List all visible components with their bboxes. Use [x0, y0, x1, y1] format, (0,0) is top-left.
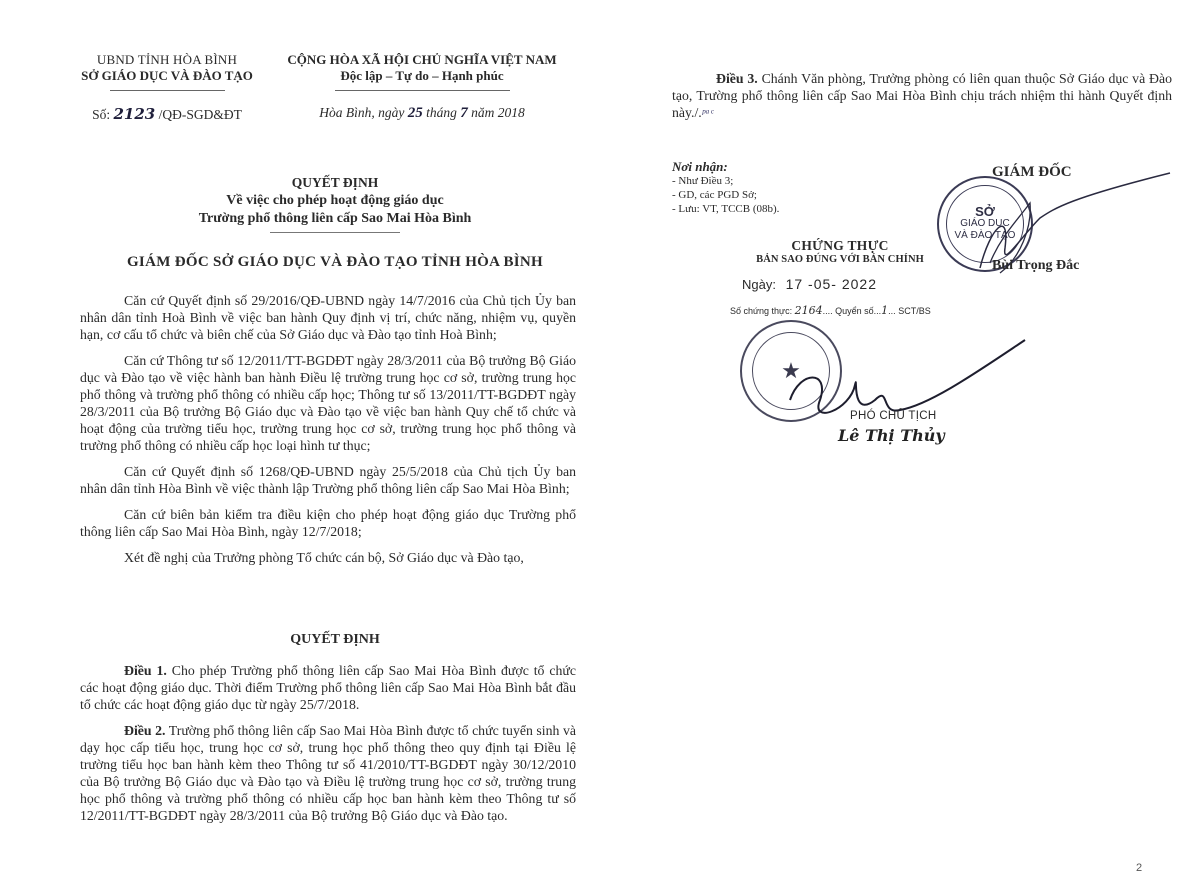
divider [270, 232, 400, 233]
motto: Độc lập – Tự do – Hạnh phúc [272, 68, 572, 84]
articles: Điều 1. Cho phép Trường phổ thông liên c… [80, 662, 576, 833]
date-label: Ngày: [742, 277, 776, 292]
month-label: tháng [426, 105, 457, 120]
page-2: Điều 3. Chánh Văn phòng, Trưởng phòng có… [600, 0, 1200, 886]
article-3: Điều 3. Chánh Văn phòng, Trưởng phòng có… [672, 70, 1172, 122]
number-label: Số: [92, 107, 110, 122]
book-label: Quyển số [835, 306, 874, 316]
authority-name: SỞ GIÁO DỤC VÀ ĐÀO TẠO [72, 68, 262, 84]
number-suffix: /QĐ-SGD&ĐT [159, 107, 242, 122]
authority-heading: GIÁM ĐỐC SỞ GIÁO DỤC VÀ ĐÀO TẠO TỈNH HÒA… [100, 254, 570, 271]
date-year: năm 2018 [471, 105, 525, 120]
authority-parent: UBND TỈNH HÒA BÌNH [72, 52, 262, 68]
title-subject-2: Trường phổ thông liên cấp Sao Mai Hòa Bì… [100, 210, 570, 228]
article-label: Điều 1. [124, 663, 167, 678]
document-number: Số: 2123 /QĐ-SGD&ĐT [72, 105, 262, 123]
title-subject-1: Về việc cho phép hoạt động giáo dục [100, 192, 570, 210]
preamble-item: Căn cứ biên bản kiểm tra điều kiện cho p… [80, 506, 576, 540]
issuing-authority: UBND TỈNH HÒA BÌNH SỞ GIÁO DỤC VÀ ĐÀO TẠ… [72, 52, 262, 123]
preamble-item: Căn cứ Quyết định số 1268/QĐ-UBND ngày 2… [80, 463, 576, 497]
page-1: UBND TỈNH HÒA BÌNH SỞ GIÁO DỤC VÀ ĐÀO TẠ… [0, 0, 600, 886]
certifier-name: Lê Thị Thủy [838, 426, 945, 445]
recipient-item: - Lưu: VT, TCCB (08b). [672, 202, 779, 216]
recipient-item: - GD, các PGD Sở; [672, 188, 779, 202]
recipients: Nơi nhận: - Như Điều 3; - GD, các PGD Sở… [672, 160, 779, 216]
article-text: Trường phổ thông liên cấp Sao Mai Hòa Bì… [80, 723, 576, 823]
article-1: Điều 1. Cho phép Trường phổ thông liên c… [80, 662, 576, 713]
recipients-heading: Nơi nhận: [672, 160, 779, 174]
certification-subtitle: BẢN SAO ĐÚNG VỚI BẢN CHÍNH [750, 254, 930, 265]
date-day: 25 [408, 105, 423, 121]
certification-number: Số chứng thực: 2164.... Quyển số...1... … [730, 304, 931, 317]
number-value: 2164 [795, 304, 823, 317]
article-label: Điều 3. [716, 71, 758, 86]
divider [110, 90, 225, 91]
divider [335, 90, 510, 91]
date-month: 7 [460, 105, 468, 121]
document-title: QUYẾT ĐỊNH Về việc cho phép hoạt động gi… [100, 174, 570, 233]
signer-name: Bùi Trọng Đắc [992, 258, 1079, 274]
certification-date: Ngày: 17 -05- 2022 [742, 276, 877, 292]
title-heading: QUYẾT ĐỊNH [100, 174, 570, 192]
book-value: 1 [881, 304, 888, 317]
certifier-title: PHÓ CHỦ TỊCH [850, 410, 936, 422]
preamble-item: Căn cứ Thông tư số 12/2011/TT-BGDĐT ngày… [80, 352, 576, 454]
recipient-item: - Như Điều 3; [672, 174, 779, 188]
preamble: Căn cứ Quyết định số 29/2016/QĐ-UBND ngà… [80, 292, 576, 575]
certification-title: CHỨNG THỰC [750, 238, 930, 254]
number-handwritten: 2123 [114, 105, 156, 123]
page-number: 2 [1136, 862, 1142, 874]
country-name: CỘNG HÒA XÃ HỘI CHỦ NGHĨA VIỆT NAM [272, 52, 572, 68]
preamble-item: Xét đề nghị của Trưởng phòng Tổ chức cán… [80, 549, 576, 566]
date-prefix: Hòa Bình, ngày [319, 105, 404, 120]
date-value: 17 -05- 2022 [786, 276, 877, 292]
cert-suffix: SCT/BS [898, 306, 931, 316]
national-motto: CỘNG HÒA XÃ HỘI CHỦ NGHĨA VIỆT NAM Độc l… [272, 52, 572, 122]
certification-block: CHỨNG THỰC BẢN SAO ĐÚNG VỚI BẢN CHÍNH [750, 238, 930, 265]
decision-heading: QUYẾT ĐỊNH [100, 632, 570, 648]
article-label: Điều 2. [124, 723, 165, 738]
preamble-item: Căn cứ Quyết định số 29/2016/QĐ-UBND ngà… [80, 292, 576, 343]
article-2: Điều 2. Trường phổ thông liên cấp Sao Ma… [80, 722, 576, 824]
number-label: Số chứng thực: [730, 306, 792, 316]
issue-date: Hòa Bình, ngày 25 tháng 7 năm 2018 [272, 105, 572, 122]
initials-mark: ᵖᵃᶜ [702, 106, 713, 120]
